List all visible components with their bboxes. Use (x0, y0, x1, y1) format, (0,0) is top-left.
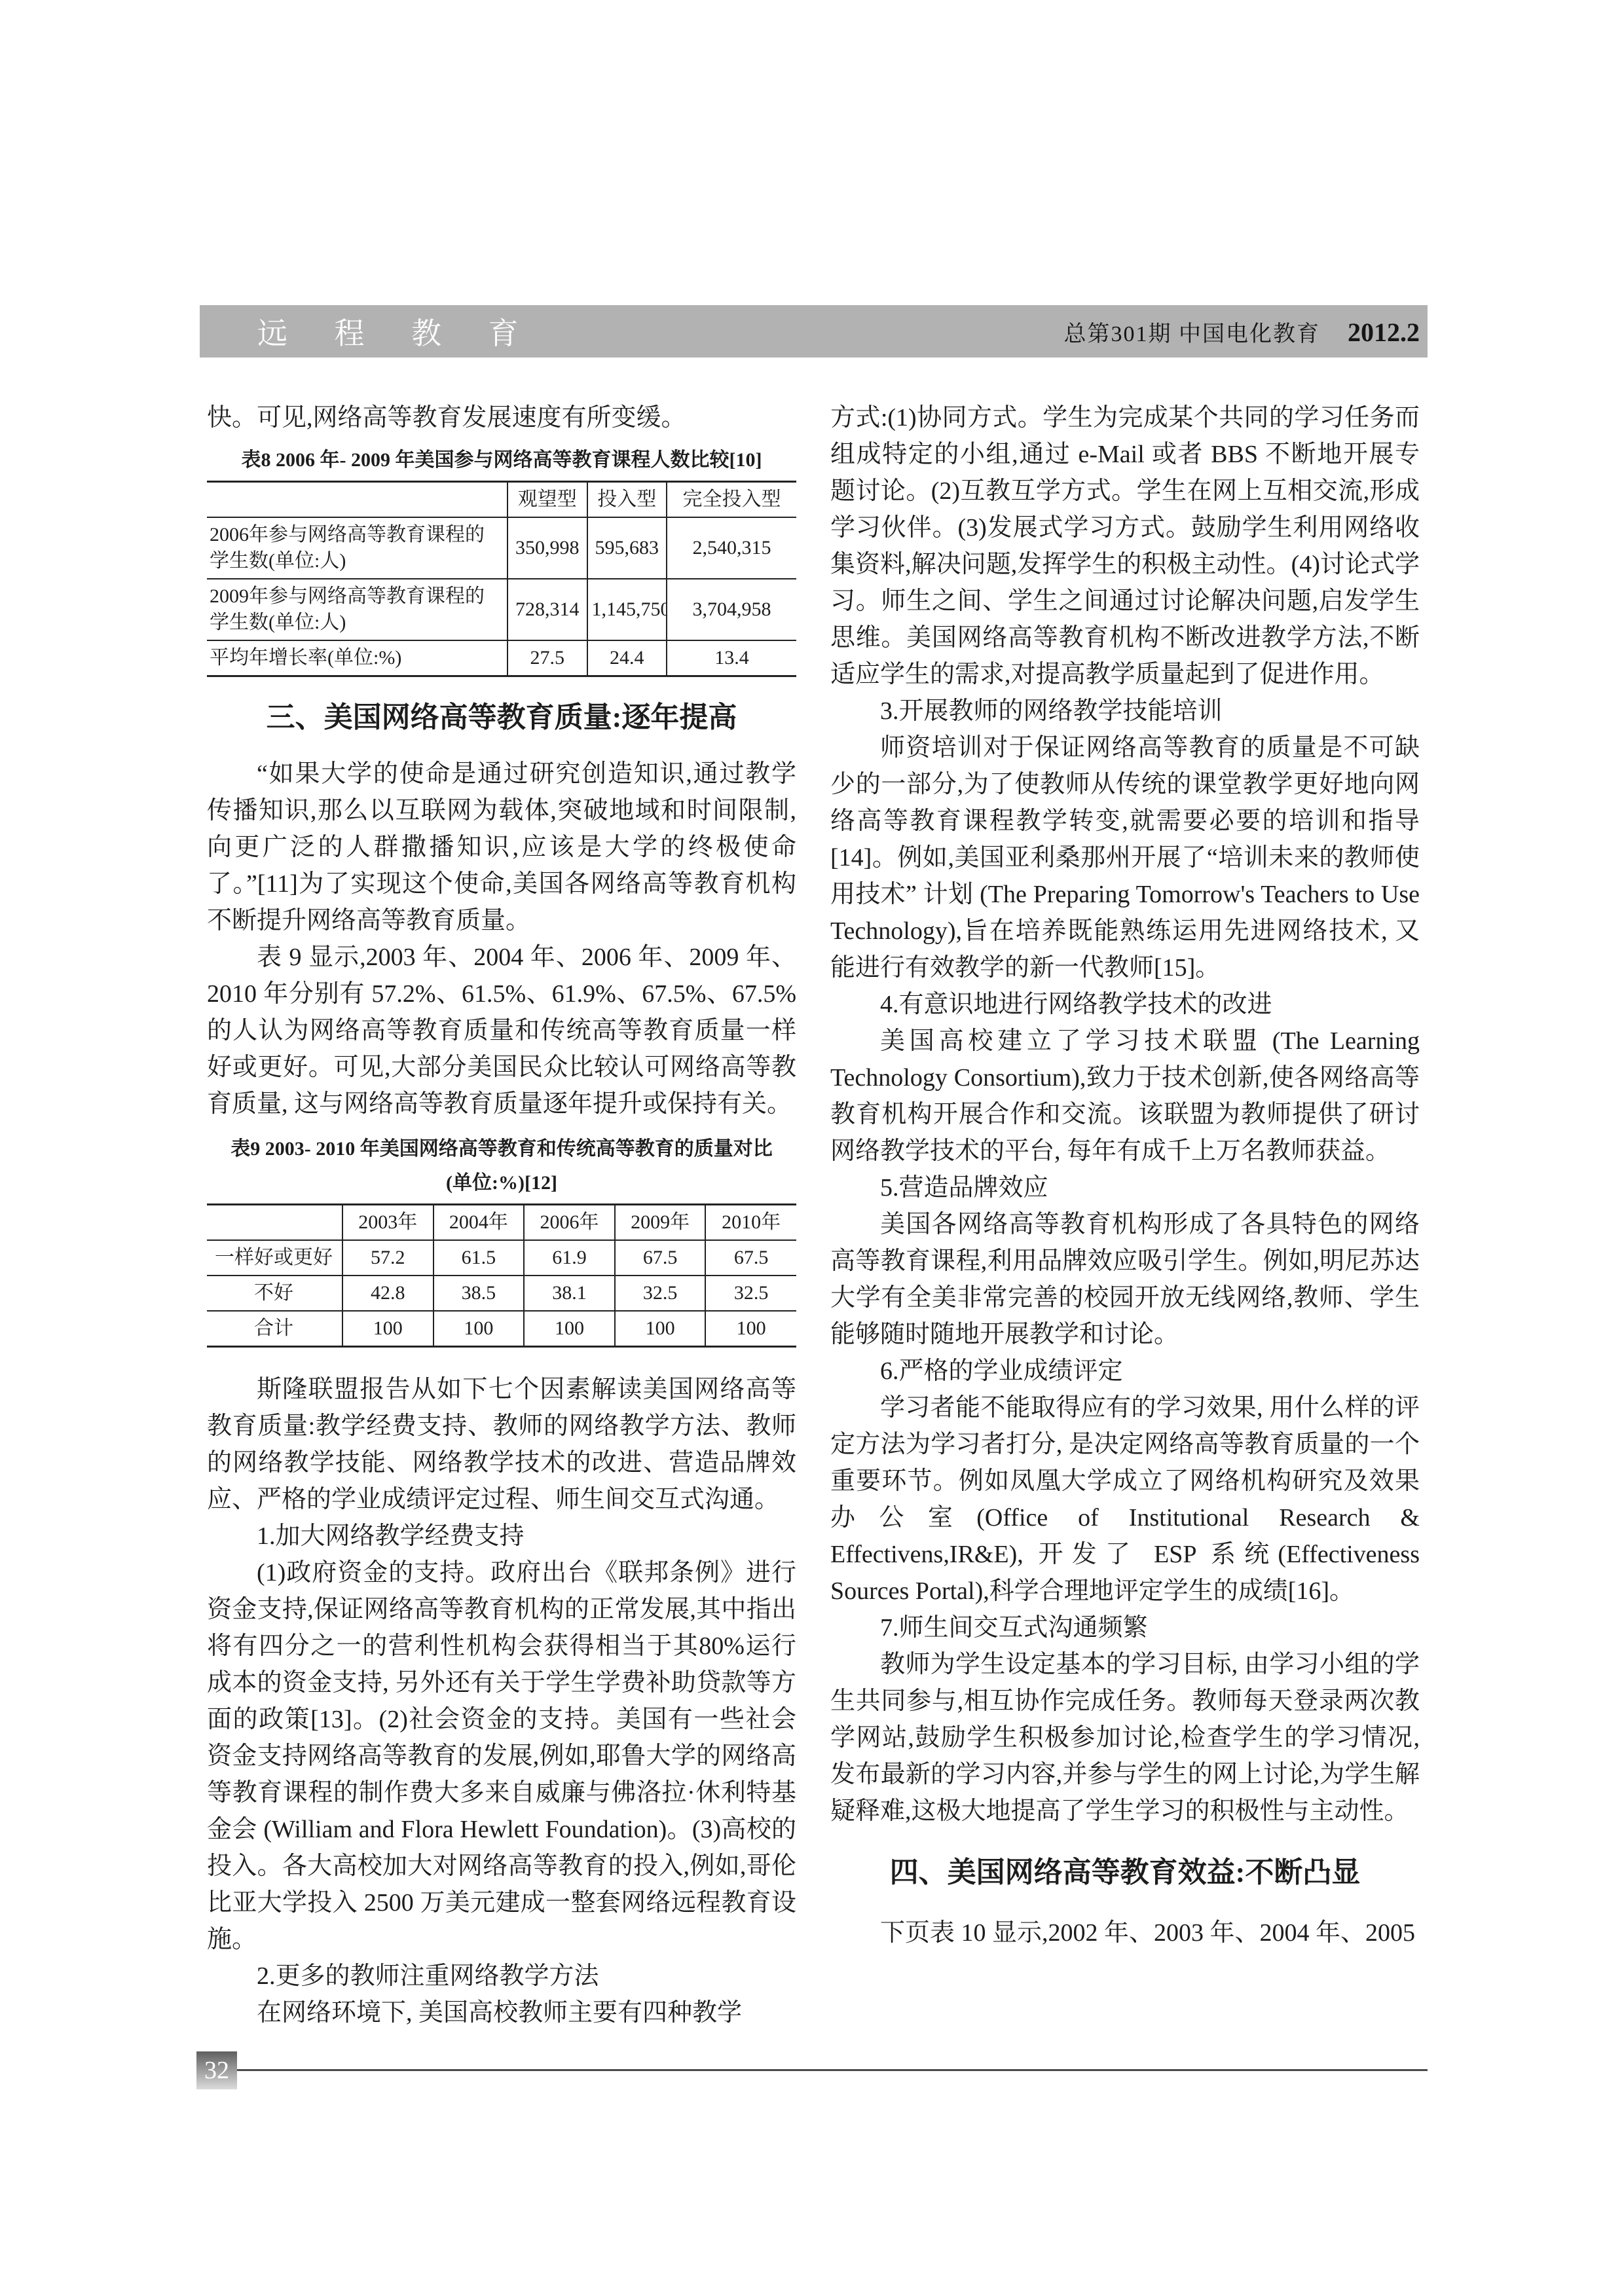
table9-caption-line1: 表9 2003- 2010 年美国网络高等教育和传统高等教育的质量对比 (207, 1135, 796, 1163)
table9-row: 合计 100 100 100 100 100 (207, 1311, 796, 1347)
table9-row: 一样好或更好 57.2 61.5 61.9 67.5 67.5 (207, 1240, 796, 1276)
table9-cell: 38.1 (524, 1276, 615, 1311)
table9-col-header: 2004年 (434, 1205, 525, 1241)
item1-heading: 1.加大网络教学经费支持 (207, 1518, 796, 1554)
table9: 2003年 2004年 2006年 2009年 2010年 一样好或更好 57.… (207, 1203, 796, 1348)
table8-row: 2009年参与网络高等教育课程的学生数(单位:人) 728,314 1,145,… (207, 579, 796, 640)
section4-heading: 四、美国网络高等教育效益:不断凸显 (830, 1854, 1420, 1891)
table8-row: 2006年参与网络高等教育课程的学生数(单位:人) 350,998 595,68… (207, 517, 796, 579)
paragraph: 师资培训对于保证网络高等教育的质量是不可缺少的一部分,为了使教师从传统的课堂教学… (830, 729, 1420, 986)
table8-col-header: 完全投入型 (667, 482, 796, 518)
table9-row-label: 不好 (207, 1276, 342, 1311)
paragraph: (1)政府资金的支持。政府出台《联邦条例》进行资金支持,保证网络高等教育机构的正… (207, 1554, 796, 1958)
table9-corner-cell (207, 1205, 342, 1241)
table9-cell: 100 (615, 1311, 706, 1347)
table8-col-header: 投入型 (587, 482, 667, 518)
footer-rule (237, 2069, 1428, 2071)
table8-caption: 表8 2006 年- 2009 年美国参与网络高等教育课程人数比较[10] (207, 447, 796, 474)
table8-corner-cell (207, 482, 507, 518)
page-number: 32 (204, 2056, 229, 2085)
table8-cell: 24.4 (587, 640, 667, 676)
table8-cell: 3,704,958 (667, 579, 796, 640)
issue-number-text: 总第301期 中国电化教育 (1064, 322, 1321, 346)
issue-info: 总第301期 中国电化教育 2012.2 (1064, 316, 1420, 348)
table8-cell: 350,998 (507, 517, 587, 579)
paragraph: “如果大学的使命是通过研究创造知识,通过教学传播知识,那么以互联网为载体,突破地… (207, 756, 796, 939)
page-number-badge: 32 (196, 2051, 237, 2089)
paragraph: 在网络环境下, 美国高校教师主要有四种教学 (207, 1994, 796, 2031)
section3-heading: 三、美国网络高等教育质量:逐年提高 (207, 699, 796, 736)
table9-col-header: 2006年 (524, 1205, 615, 1241)
item3-heading: 3.开展教师的网络教学技能培训 (830, 693, 1420, 729)
table9-cell: 38.5 (434, 1276, 525, 1311)
paragraph: 教师为学生设定基本的学习目标, 由学习小组的学生共同参与,相互协作完成任务。教师… (830, 1646, 1420, 1829)
paragraph: 学习者能不能取得应有的学习效果, 用什么样的评定方法为学习者打分, 是决定网络高… (830, 1389, 1420, 1609)
table8-cell: 595,683 (587, 517, 667, 579)
left-column: 快。可见,网络高等教育发展速度有所变缓。 表8 2006 年- 2009 年美国… (207, 399, 796, 2031)
table9-row: 不好 42.8 38.5 38.1 32.5 32.5 (207, 1276, 796, 1311)
table9-cell: 32.5 (705, 1276, 796, 1311)
right-column: 方式:(1)协同方式。学生为完成某个共同的学习任务而组成特定的小组,通过 e-M… (830, 399, 1420, 1951)
table9-cell: 32.5 (615, 1276, 706, 1311)
paragraph: 下页表 10 显示,2002 年、2003 年、2004 年、2005 (830, 1915, 1420, 1951)
journal-page: 远 程 教 育 总第301期 中国电化教育 2012.2 快。可见,网络高等教育… (0, 0, 1624, 2295)
spacer (1327, 322, 1341, 346)
table9-cell: 57.2 (342, 1240, 434, 1276)
item6-heading: 6.严格的学业成绩评定 (830, 1353, 1420, 1389)
table9-col-header: 2009年 (615, 1205, 706, 1241)
journal-section-title: 远 程 教 育 (257, 310, 538, 353)
table9-cell: 67.5 (615, 1240, 706, 1276)
page-header-bar: 远 程 教 育 总第301期 中国电化教育 2012.2 (200, 305, 1428, 358)
spacer (207, 1348, 796, 1357)
paragraph: 斯隆联盟报告从如下七个因素解读美国网络高等教育质量:教学经费支持、教师的网络教学… (207, 1371, 796, 1518)
table9-cell: 67.5 (705, 1240, 796, 1276)
item4-heading: 4.有意识地进行网络教学技术的改进 (830, 986, 1420, 1023)
table9-caption-line2: (单位:%)[12] (207, 1169, 796, 1197)
paragraph: 方式:(1)协同方式。学生为完成某个共同的学习任务而组成特定的小组,通过 e-M… (830, 399, 1420, 693)
table8-cell: 27.5 (507, 640, 587, 676)
item2-heading: 2.更多的教师注重网络教学方法 (207, 1958, 796, 1994)
table8-row-label: 2006年参与网络高等教育课程的学生数(单位:人) (207, 517, 507, 579)
item7-heading: 7.师生间交互式沟通频繁 (830, 1609, 1420, 1646)
table9-row-label: 合计 (207, 1311, 342, 1347)
table9-cell: 100 (705, 1311, 796, 1347)
table9-cell: 61.9 (524, 1240, 615, 1276)
issue-date: 2012.2 (1348, 318, 1420, 347)
table9-col-header: 2010年 (705, 1205, 796, 1241)
table8-row: 平均年增长率(单位:%) 27.5 24.4 13.4 (207, 640, 796, 676)
table8-row-label: 2009年参与网络高等教育课程的学生数(单位:人) (207, 579, 507, 640)
table8-header-row: 观望型 投入型 完全投入型 (207, 482, 796, 518)
paragraph: 表 9 显示,2003 年、2004 年、2006 年、2009 年、2010 … (207, 939, 796, 1122)
table9-cell: 42.8 (342, 1276, 434, 1311)
table8-cell: 13.4 (667, 640, 796, 676)
table9-cell: 100 (524, 1311, 615, 1347)
item5-heading: 5.营造品牌效应 (830, 1169, 1420, 1206)
table8-cell: 2,540,315 (667, 517, 796, 579)
table8: 观望型 投入型 完全投入型 2006年参与网络高等教育课程的学生数(单位:人) … (207, 481, 796, 677)
table9-cell: 100 (434, 1311, 525, 1347)
table9-col-header: 2003年 (342, 1205, 434, 1241)
table8-col-header: 观望型 (507, 482, 587, 518)
paragraph: 美国各网络高等教育机构形成了各具特色的网络高等教育课程,利用品牌效应吸引学生。例… (830, 1206, 1420, 1353)
intro-line: 快。可见,网络高等教育发展速度有所变缓。 (207, 399, 796, 436)
table9-cell: 61.5 (434, 1240, 525, 1276)
table8-row-label: 平均年增长率(单位:%) (207, 640, 507, 676)
table9-row-label: 一样好或更好 (207, 1240, 342, 1276)
table9-header-row: 2003年 2004年 2006年 2009年 2010年 (207, 1205, 796, 1241)
table8-cell: 728,314 (507, 579, 587, 640)
table9-cell: 100 (342, 1311, 434, 1347)
paragraph: 美国高校建立了学习技术联盟 (The Learning Technology C… (830, 1023, 1420, 1169)
table8-cell: 1,145,750 (587, 579, 667, 640)
